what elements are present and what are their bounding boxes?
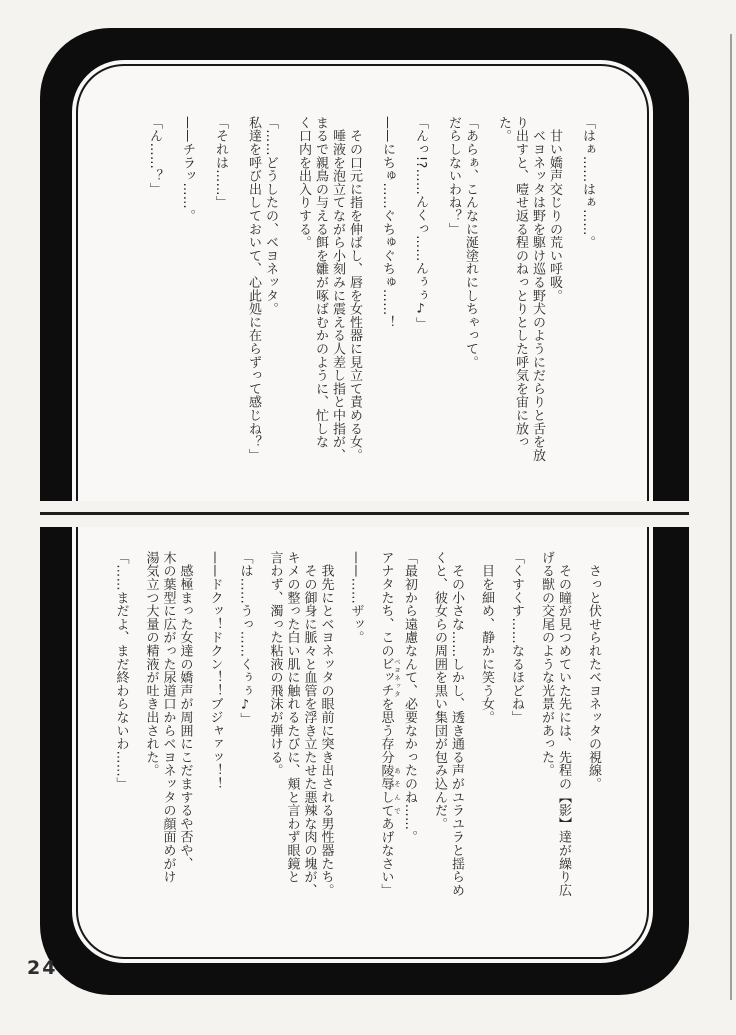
bottom-vertical-text: さっと伏せられたベヨネッタの視線。 その瞳が見つめていた先には、先程の【影】達が…	[113, 551, 603, 913]
text-line: その小さな……しかし、透き通る声がユラユラと揺らめ	[448, 551, 465, 913]
text-line: その瞳が見つめていた先には、先程の【影】達が繰り広	[555, 551, 572, 913]
text-line: 私達を呼び出しておいて、心此処に在らずって感じね？」	[245, 116, 262, 478]
text-line: 言わず、濁った粘液の飛沫が弾ける。	[267, 551, 284, 913]
text-line: 湯気立つ大量の精液が吐き出された。	[143, 551, 160, 913]
furigana-ruby: 陵辱してあそんで	[379, 764, 394, 817]
text-line: 「それは……」	[212, 116, 229, 478]
text-line: 「んっ!?……んくっ……んぅぅ♪」	[412, 116, 429, 478]
furigana-ruby: ビッチベヨネッタ	[379, 657, 394, 697]
document-page: { "page": { "number": "24", "paper_color…	[0, 0, 736, 1035]
text-line: 「……どうしたの、ベヨネッタ。	[262, 116, 279, 478]
text-line: く口内を出入りする。	[295, 116, 312, 478]
top-vertical-text: 「はぁ……はぁ……。 甘い嬌声交じりの荒い呼吸。 ベヨネッタは野を駆け巡る野犬の…	[146, 116, 596, 478]
text-line: その口元に指を伸ばし、唇を女性器に見立て責める女。	[346, 116, 363, 478]
text-line: 「……まだよ、まだ終わらないわ……」	[113, 551, 130, 913]
text-line: くと、彼女らの周囲を黒い集団が包み込んだ。	[431, 551, 448, 913]
text-line: ——チラッ……。	[179, 116, 196, 478]
page-edge-line	[730, 34, 732, 1000]
text-line: げる獣の交尾のような光景があった。	[538, 551, 555, 913]
text-line: だらしないわね？」	[445, 116, 462, 478]
text-line: まるで親鳥の与える餌を雛が啄ばむかのように、忙しな	[312, 116, 329, 478]
text-line: 木の葉型に広がった尿道口からベヨネッタの顔面めがけ	[160, 551, 177, 913]
text-line: 「は……うっ……くぅぅ♪」	[237, 551, 254, 913]
text-line: 感極まった女達の嬌声が周囲にこだまするや否や、	[177, 551, 194, 913]
text-line: 「くすくす……なるほどね」	[508, 551, 525, 913]
text-line: 甘い嬌声交じりの荒い呼吸。	[546, 116, 563, 478]
text-line: り出すと、噎せ返る程のねっとりとした呼気を宙に放っ	[512, 116, 529, 478]
text-line: キメの整った白い肌に触れるたびに、頬と言わず眼鏡と	[284, 551, 301, 913]
text-line: 我先にとベヨネッタの眼前に突き出される男性器たち。	[318, 551, 335, 913]
text-line: 「はぁ……はぁ……。	[579, 116, 596, 478]
page-number: 24	[27, 957, 57, 979]
text-line: アナタたち、このビッチベヨネッタを思う存分陵辱してあそんであげなさい」	[378, 551, 402, 913]
text-line: ベヨネッタは野を駆け巡る野犬のようにだらりと舌を放	[529, 116, 546, 478]
text-line: ——にちゅ……ぐちゅぐちゅ……！	[379, 116, 396, 478]
text-line: さっと伏せられたベヨネッタの視線。	[585, 551, 602, 913]
separator-rule	[40, 512, 689, 515]
text-line: 「ん……？」	[146, 116, 163, 478]
text-line: 唾液を泡立てながら小刻みに震える人差し指と中指が、	[329, 116, 346, 478]
text-line: 「あらぁ、こんなに涎塗れにしちゃって。	[462, 116, 479, 478]
text-line: た。	[495, 116, 512, 478]
text-line: ——ドクッ！ドクン！！ブジャァッ！！	[207, 551, 224, 913]
text-line: 目を細め、静かに笑う女。	[478, 551, 495, 913]
text-line: ——……ザッ。	[348, 551, 365, 913]
text-line: その御身に脈々と血管を浮き立たせた悪辣な肉の塊が、	[301, 551, 318, 913]
text-line: 「最初から遠慮なんて、必要なかったのね……。	[401, 551, 418, 913]
